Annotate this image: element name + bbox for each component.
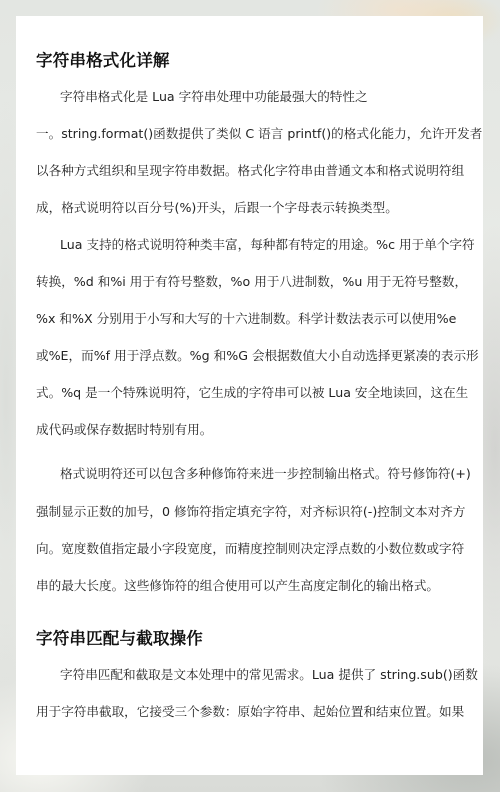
paragraph-line: 格式说明符还可以包含多种修饰符来进一步控制输出格式。符号修饰符(+) [60, 466, 471, 482]
paragraph-line: 或%E，而%f 用于浮点数。%g 和%G 会根据数值大小自动选择更紧凑的表示形 [36, 348, 479, 364]
paragraph-line: 成，格式说明符以百分号(%)开头，后跟一个字母表示转换类型。 [36, 200, 398, 216]
paragraph-line: 一。string.format()函数提供了类似 C 语言 printf()的格… [36, 126, 482, 142]
paragraph-line: %x 和%X 分别用于小写和大写的十六进制数。科学计数法表示可以使用%e [36, 311, 456, 327]
paragraph-line: 向。宽度数值指定最小字段宽度，而精度控制则决定浮点数的小数位数或字符 [36, 541, 464, 557]
paragraph-line: 字符串匹配和截取是文本处理中的常见需求。Lua 提供了 string.sub()… [60, 667, 478, 683]
document-card: 字符串格式化详解 字符串格式化是 Lua 字符串处理中功能最强大的特性之 一。s… [16, 16, 483, 775]
section-heading-string-formatting: 字符串格式化详解 [36, 47, 170, 71]
paragraph-line: 式。%q 是一个特殊说明符，它生成的字符串可以被 Lua 安全地读回，这在生 [36, 385, 468, 401]
paragraph-line: 串的最大长度。这些修饰符的组合使用可以产生高度定制化的输出格式。 [36, 578, 439, 594]
paragraph-line: 字符串格式化是 Lua 字符串处理中功能最强大的特性之 [60, 89, 368, 105]
paragraph-line: 以各种方式组织和呈现字符串数据。格式化字符串由普通文本和格式说明符组 [36, 163, 464, 179]
paragraph-line: Lua 支持的格式说明符种类丰富，每种都有特定的用途。%c 用于单个字符 [60, 237, 475, 253]
paragraph-line: 转换，%d 和%i 用于有符号整数，%o 用于八进制数，%u 用于无符号整数， [36, 274, 467, 290]
section-heading-string-matching: 字符串匹配与截取操作 [36, 625, 203, 649]
paragraph-line: 强制显示正数的加号，0 修饰符指定填充字符，对齐标识符(-)控制文本对齐方 [36, 504, 465, 520]
paragraph-line: 用于字符串截取，它接受三个参数：原始字符串、起始位置和结束位置。如果 [36, 704, 464, 720]
paragraph-line: 成代码或保存数据时特别有用。 [36, 422, 212, 438]
